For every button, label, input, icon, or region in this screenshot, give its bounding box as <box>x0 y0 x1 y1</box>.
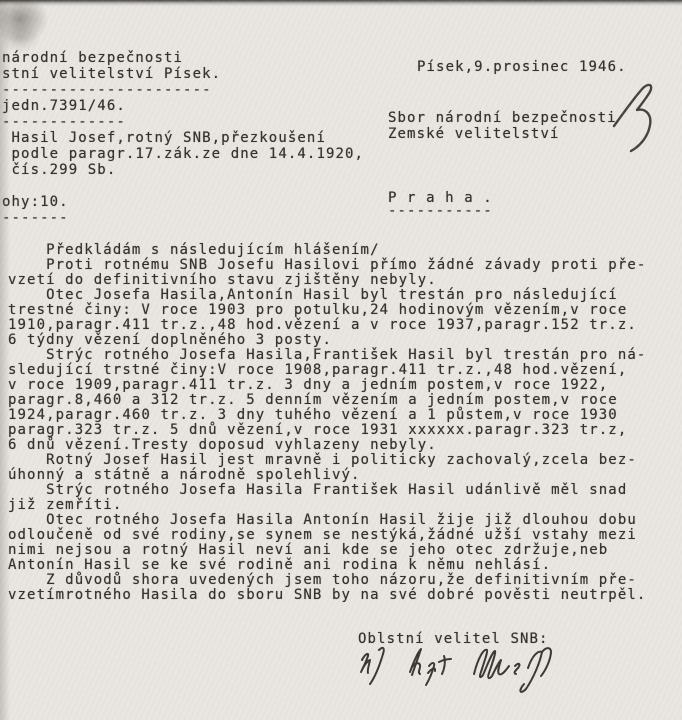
typed-line: sledující trstné činy:V roce 1908,paragr… <box>8 363 676 378</box>
typed-line: ohy:10. <box>2 194 364 210</box>
typed-line: úhonný a státně a národně spolehlivý. <box>8 468 676 483</box>
typed-line: vzetímrotného Hasila do sboru SNB by na … <box>8 588 676 603</box>
typed-line: Hasil Josef,rotný SNB,přezkoušení <box>2 130 364 146</box>
typed-line: paragr.8,460 a 312 tr.z. 5 denním vězení… <box>8 393 676 408</box>
typed-line: Proti rotnému SNB Josefu Hasilovi přímo … <box>8 258 676 273</box>
typed-line <box>2 178 364 194</box>
typed-line: Z důvodů shora uvedených jsem toho názor… <box>8 573 676 588</box>
typed-line: čís.299 Sb. <box>2 162 364 178</box>
typed-line: ---------------------- <box>2 82 364 98</box>
typed-line: 1910,paragr.411 tr.z.,48 hod.vězení a v … <box>8 318 676 333</box>
city-divider: ----------- <box>388 204 493 219</box>
report-body: Předkládám s následujícím hlášením/ Prot… <box>8 243 676 603</box>
typed-line: Otec Josefa Hasila,Antonín Hasil byl tre… <box>8 288 676 303</box>
typed-line: Rotný Josef Hasil jest mravně i politick… <box>8 453 676 468</box>
typed-line: Strýc rotného Josefa Hasila,František Ha… <box>8 348 676 363</box>
typed-line: nimi nejsou a rotný Hasil neví ani kde s… <box>8 543 676 558</box>
typed-line: 6 týdny vězení doplněného 3 posty. <box>8 333 676 348</box>
typed-line: Předkládám s následujícím hlášením/ <box>8 243 676 258</box>
typed-line: Antonín Hasil se ke své rodině ani rodin… <box>8 558 676 573</box>
typed-line: vzetí do definitivního stavu zjištěny ne… <box>8 273 676 288</box>
recipient-line: Zemské velitelství <box>388 126 617 142</box>
recipient-block: Sbor národní bezpečnosti Zemské velitels… <box>388 110 617 142</box>
typed-line: 1924,paragr.460 tr.z. 3 dny tuhého vězen… <box>8 408 676 423</box>
handwritten-signature-icon <box>346 642 582 702</box>
typed-line: Strýc rotného Josefa Hasila František Ha… <box>8 483 676 498</box>
typed-line: ------------- <box>2 114 364 130</box>
typed-line: v roce 1909,paragr.411 tr.z. 3 dny a jed… <box>8 378 676 393</box>
sender-block: národní bezpečnostistní velitelství Píse… <box>2 50 364 226</box>
handwritten-mark-3 <box>610 80 660 158</box>
typed-line: paragr.323 tr.z. 5 dnů vězení,v roce 193… <box>8 423 676 438</box>
scan-top-edge-shadow <box>0 0 682 6</box>
typed-line: Otec rotného Josefa Hasila Antonín Hasil… <box>8 513 676 528</box>
typed-line: podle paragr.17.zák.ze dne 14.4.1920, <box>2 146 364 162</box>
typed-line: již zemříti. <box>8 498 676 513</box>
typed-line: národní bezpečnosti <box>2 50 364 66</box>
typed-line: trestné činy: V roce 1903 pro potulku,24… <box>8 303 676 318</box>
typed-line: 6 dnů vězení.Tresty doposud vyhlazeny ne… <box>8 438 676 453</box>
typed-line: odloučeně od své rodiny,se synem se nest… <box>8 528 676 543</box>
dateline: Písek,9.prosinec 1946. <box>417 60 627 75</box>
scan-corner-smudge <box>0 0 60 54</box>
typed-line: stní velitelství Písek. <box>2 66 364 82</box>
recipient-line: Sbor národní bezpečnosti <box>388 110 617 126</box>
scanned-document: národní bezpečnostistní velitelství Píse… <box>0 0 682 720</box>
typed-line: jedn.7391/46. <box>2 98 364 114</box>
typed-line: ------- <box>2 210 364 226</box>
